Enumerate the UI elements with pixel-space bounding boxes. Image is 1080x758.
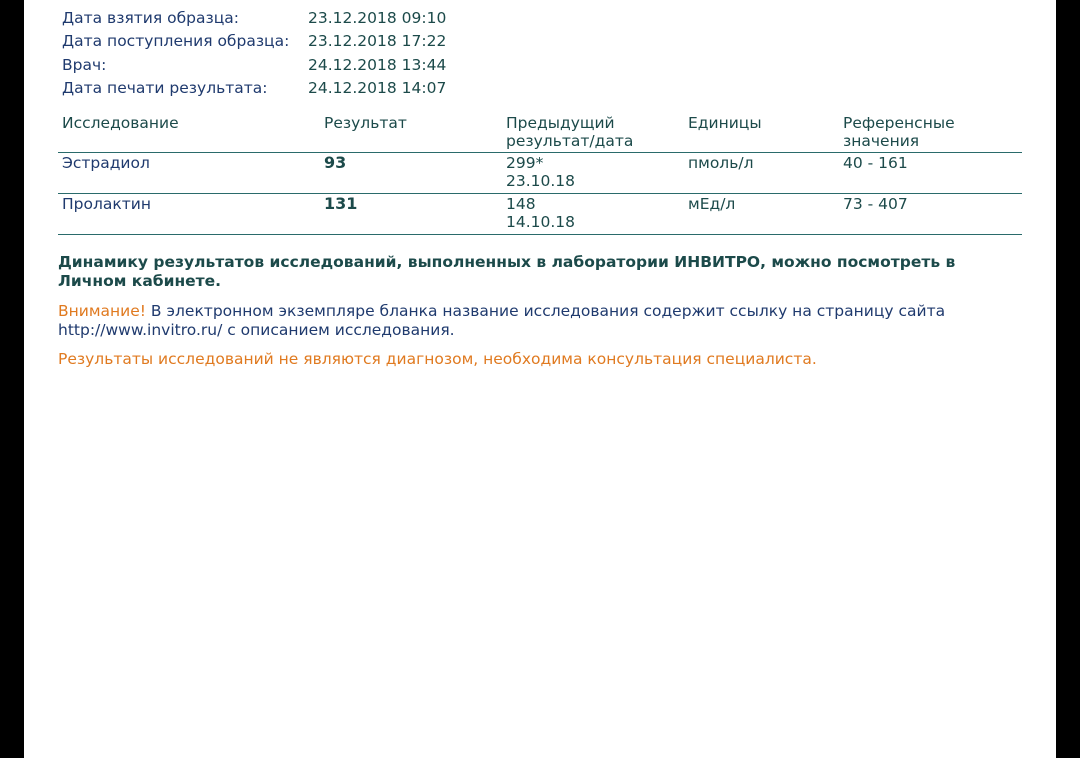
test-result: 131 — [324, 195, 506, 231]
meta-value: 24.12.2018 14:07 — [308, 79, 446, 97]
header-reference-line1: Референсные — [843, 114, 1022, 132]
sample-meta: Дата взятия образца: 23.12.2018 09:10 Да… — [62, 6, 446, 100]
previous-result: 148 14.10.18 — [506, 195, 688, 231]
result-document-page: Дата взятия образца: 23.12.2018 09:10 Да… — [24, 0, 1056, 758]
meta-label: Врач: — [62, 56, 308, 74]
meta-row-sample-taken: Дата взятия образца: 23.12.2018 09:10 — [62, 6, 446, 30]
meta-label: Дата поступления образца: — [62, 32, 308, 50]
header-previous-line1: Предыдущий — [506, 114, 688, 132]
table-row: Эстрадиол 93 299* 23.10.18 пмоль/л 40 - … — [58, 153, 1022, 194]
previous-date: 23.10.18 — [506, 172, 688, 190]
meta-row-sample-received: Дата поступления образца: 23.12.2018 17:… — [62, 30, 446, 54]
meta-value: 23.12.2018 17:22 — [308, 32, 446, 50]
header-previous-line2: результат/дата — [506, 132, 688, 150]
test-units: пмоль/л — [688, 154, 843, 190]
meta-value: 24.12.2018 13:44 — [308, 56, 446, 74]
previous-value: 148 — [506, 195, 688, 213]
header-result: Результат — [324, 114, 506, 150]
meta-label: Дата взятия образца: — [62, 9, 308, 27]
table-row: Пролактин 131 148 14.10.18 мЕд/л 73 - 40… — [58, 194, 1022, 235]
disclaimer-note: Результаты исследований не являются диаг… — [58, 350, 998, 369]
header-units: Единицы — [688, 114, 843, 150]
meta-row-doctor: Врач: 24.12.2018 13:44 — [62, 53, 446, 77]
attention-label: Внимание! — [58, 302, 146, 320]
previous-date: 14.10.18 — [506, 213, 688, 231]
header-test: Исследование — [58, 114, 324, 150]
results-table-header: Исследование Результат Предыдущий резуль… — [58, 114, 1022, 153]
meta-row-print-date: Дата печати результата: 24.12.2018 14:07 — [62, 77, 446, 101]
test-name-link[interactable]: Эстрадиол — [58, 154, 324, 190]
meta-value: 23.12.2018 09:10 — [308, 9, 446, 27]
header-previous: Предыдущий результат/дата — [506, 114, 688, 150]
reference-range: 40 - 161 — [843, 154, 1022, 190]
test-units: мЕд/л — [688, 195, 843, 231]
test-name-link[interactable]: Пролактин — [58, 195, 324, 231]
reference-range: 73 - 407 — [843, 195, 1022, 231]
meta-label: Дата печати результата: — [62, 79, 308, 97]
previous-value: 299* — [506, 154, 688, 172]
header-reference-line2: значения — [843, 132, 1022, 150]
attention-note: Внимание! В электронном экземпляре бланк… — [58, 302, 998, 340]
attention-text: В электронном экземпляре бланка название… — [58, 302, 945, 339]
results-table: Исследование Результат Предыдущий резуль… — [58, 114, 1022, 235]
dynamics-note: Динамику результатов исследований, выпол… — [58, 253, 998, 291]
notes-section: Динамику результатов исследований, выпол… — [58, 253, 998, 369]
previous-result: 299* 23.10.18 — [506, 154, 688, 190]
test-result: 93 — [324, 154, 506, 190]
header-reference: Референсные значения — [843, 114, 1022, 150]
